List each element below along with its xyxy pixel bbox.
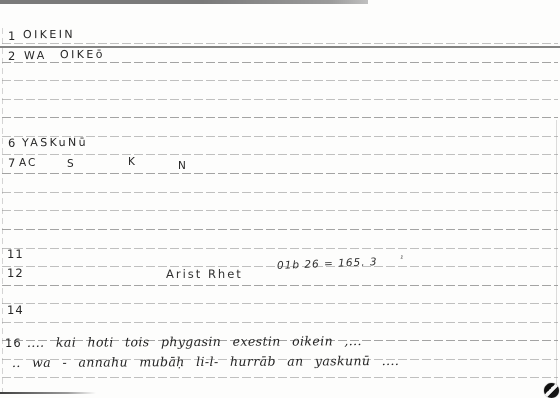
index-card: 1 OIKEIN 2 WA OIKEō 6 YASKuNū 7 AC S K N… xyxy=(0,0,560,398)
line-number-1: 1 xyxy=(8,29,16,43)
citation-work: Arist Rhet xyxy=(166,267,243,281)
rule-line xyxy=(2,99,558,100)
line-number-11: 11 xyxy=(7,247,24,261)
bottom-partial-rule xyxy=(0,392,96,394)
scan-edge-bar xyxy=(0,0,368,4)
rule-line xyxy=(2,173,558,174)
quote-arabic-translit: .. wa - annahu mubāḥ li-l- hurrāb an yas… xyxy=(12,353,399,370)
citation-locus: 01b 26 = 165. 3 xyxy=(277,256,378,272)
line-number-12: 12 xyxy=(7,266,24,280)
corner-punch-mark xyxy=(544,383,559,398)
card-right-edge xyxy=(556,120,557,390)
rule-line xyxy=(2,285,558,286)
rule-line xyxy=(2,229,558,230)
abbrev-ac: AC xyxy=(19,157,37,169)
line-number-2: 2 xyxy=(8,49,16,63)
rule-line xyxy=(2,154,558,155)
line-number-6: 6 xyxy=(8,136,16,150)
entry-oikeo: OIKEō xyxy=(60,48,105,61)
rule-line xyxy=(2,117,558,118)
rule-line xyxy=(2,303,558,304)
citation-superscript: ¹ xyxy=(400,254,403,263)
entry-yaskunu: YASKuNū xyxy=(22,136,88,149)
rule-line xyxy=(2,248,558,249)
rule-line xyxy=(2,210,558,211)
line-number-16: 16 xyxy=(5,336,22,350)
entry-greek-oikein: OIKEIN xyxy=(23,28,75,41)
rule-line xyxy=(2,377,558,378)
line-number-14: 14 xyxy=(7,303,24,317)
rule-line xyxy=(2,43,558,44)
abbrev-n: N xyxy=(178,160,188,172)
quote-greek-translit: .... kai hoti tois phygasin exestin oike… xyxy=(27,333,362,350)
abbrev-k: K xyxy=(128,156,137,168)
line-number-7: 7 xyxy=(8,156,16,170)
rule-line xyxy=(2,62,558,63)
abbrev-s: S xyxy=(67,158,76,170)
rule-line xyxy=(2,80,558,81)
rule-line xyxy=(2,192,558,193)
rule-line xyxy=(2,322,558,323)
entry-wa: WA xyxy=(24,49,47,62)
